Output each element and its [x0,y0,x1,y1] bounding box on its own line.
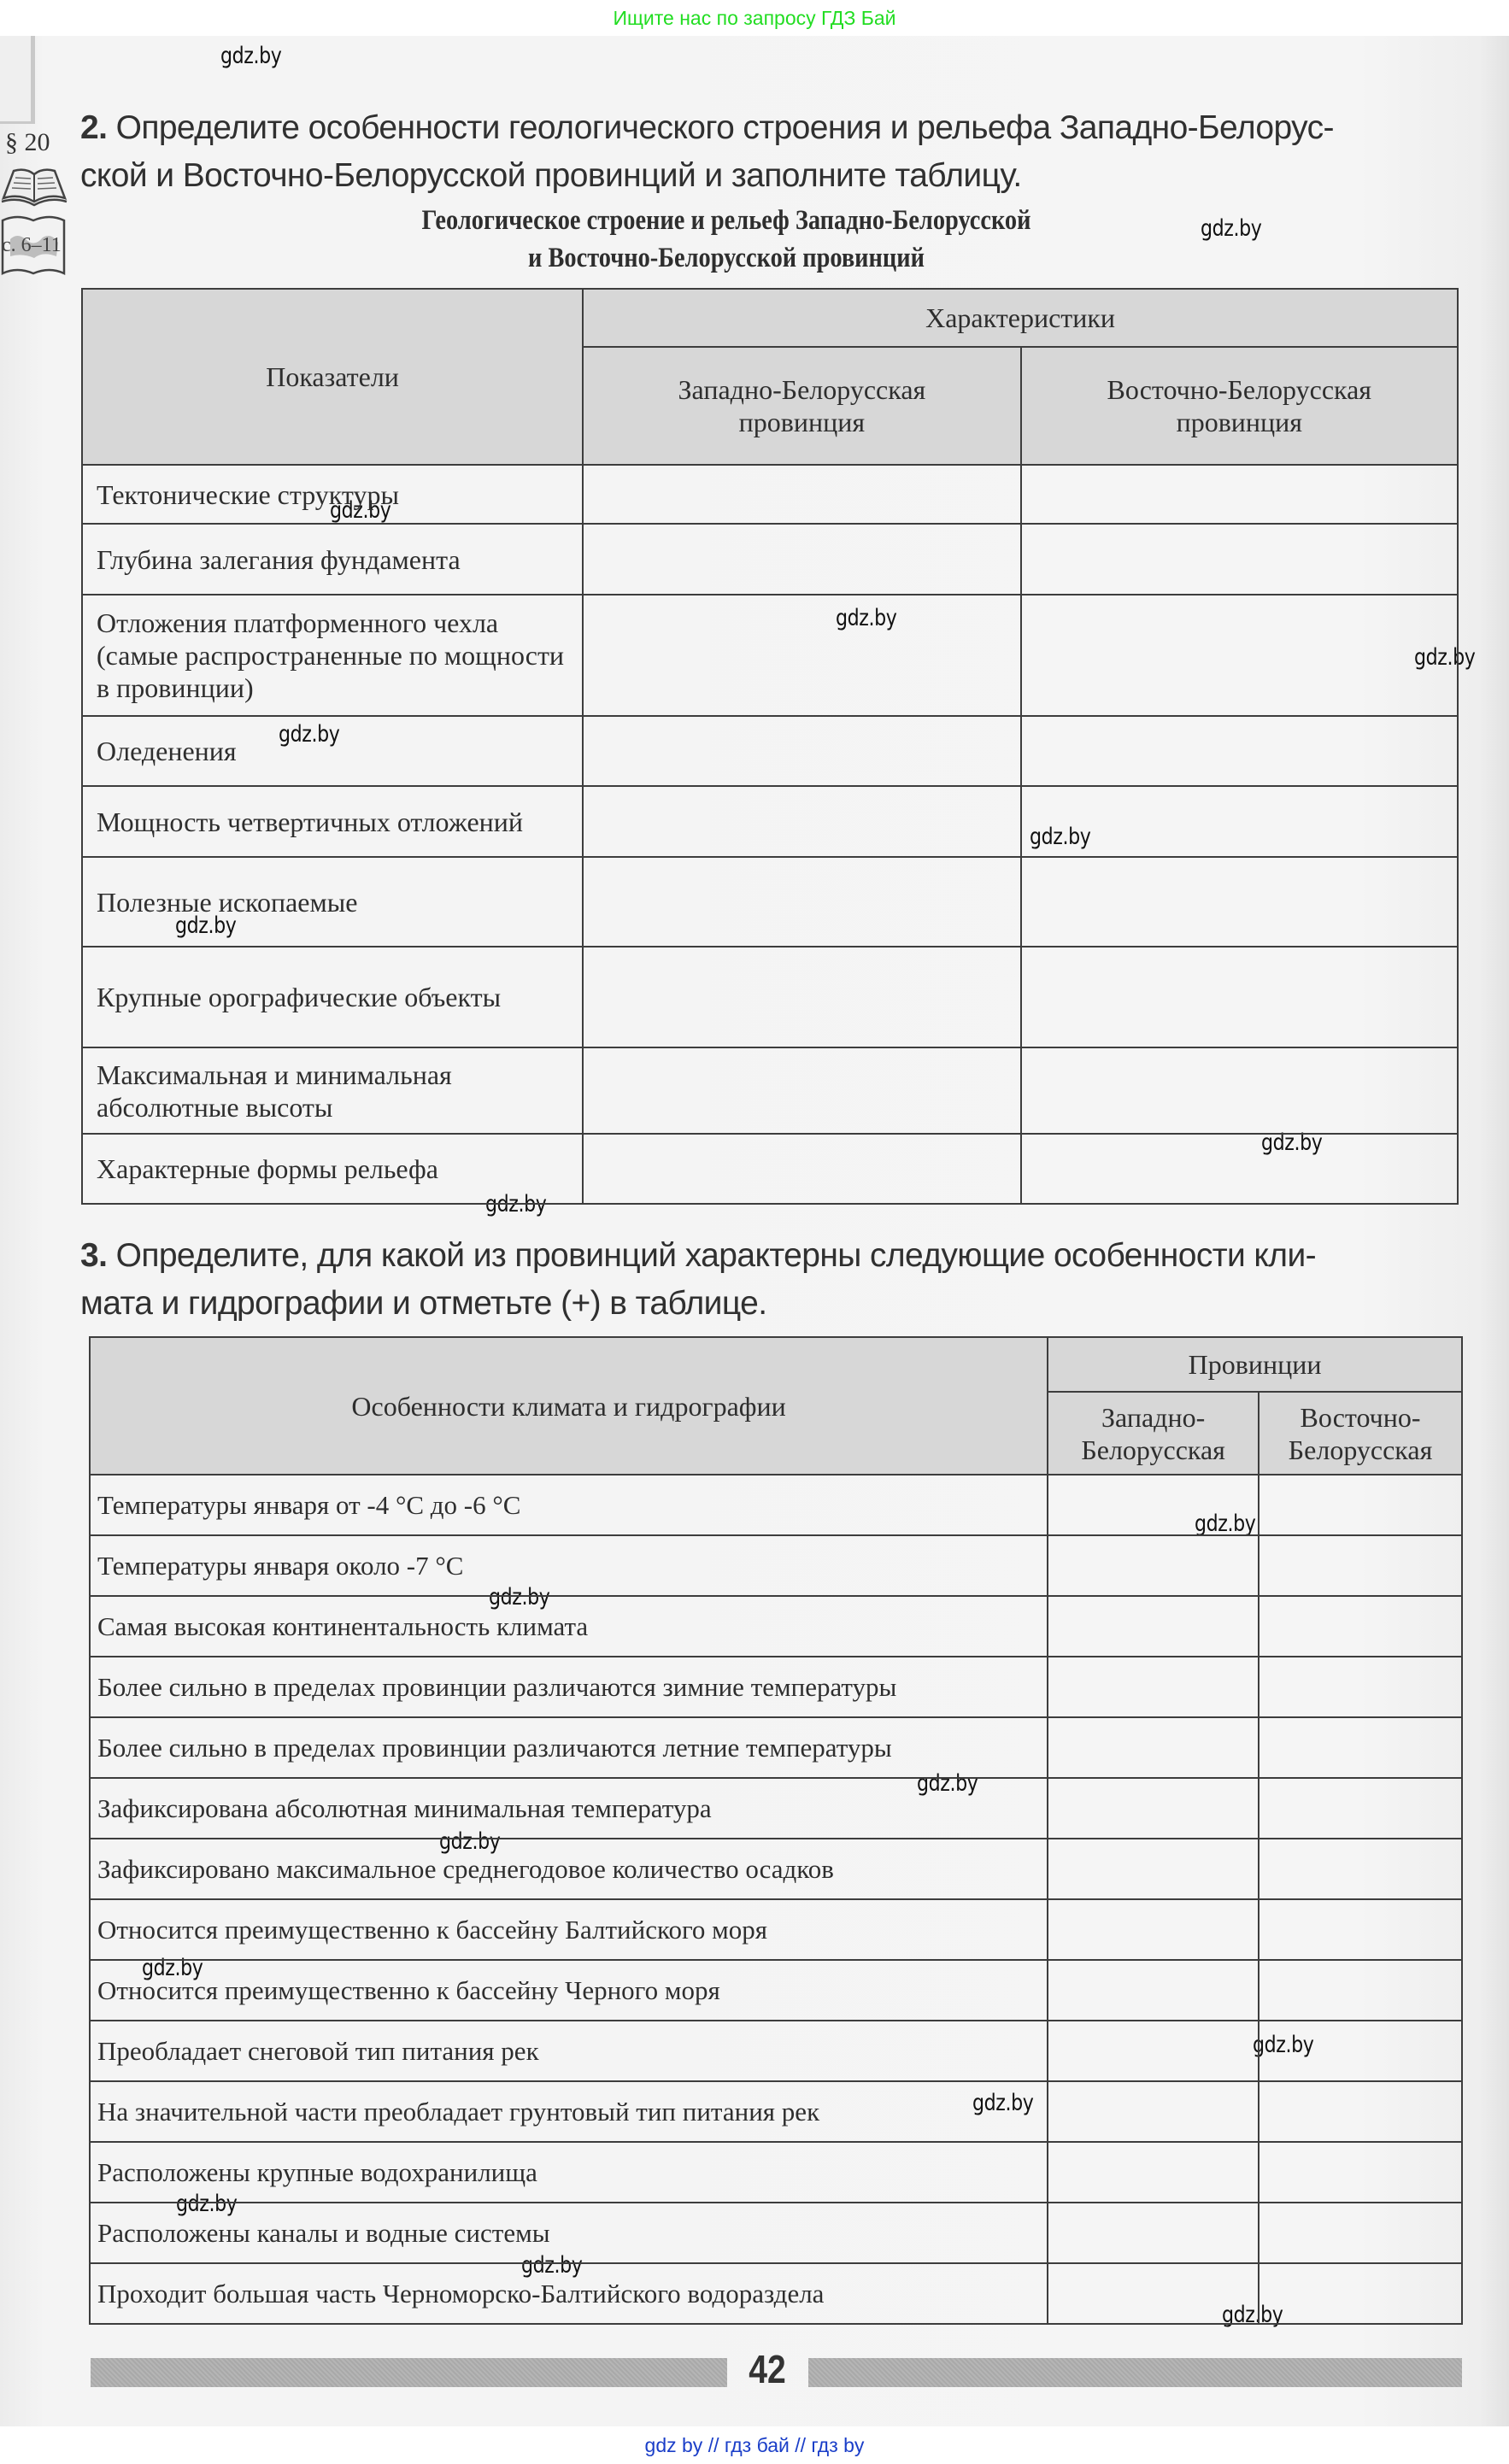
east-answer-cell[interactable] [1021,857,1458,947]
east-mark-cell[interactable] [1259,2021,1462,2081]
geology-relief-table: Показатели Характеристики Западно-Белору… [81,288,1459,1205]
workbook-page: § 20 с. 6–11 gdz.by gdz.by gdz.by gdz.by… [0,36,1509,2426]
east-mark-cell[interactable] [1259,2081,1462,2142]
east-mark-cell[interactable] [1259,1535,1462,1596]
west-answer-cell[interactable] [583,1047,1020,1134]
header-east-province: Восточно-Белорусская провинция [1021,347,1458,465]
row-feature: Температуры января около -7 °С [90,1535,1048,1596]
table-title-line1: Геологическое строение и рельеф Западно-… [422,205,1031,236]
table-row: Тектонические структуры [82,465,1458,524]
row-indicator: Тектонические структуры [82,465,583,524]
table-row: Характерные формы рельефа [82,1134,1458,1204]
row-indicator: Крупные орографические объекты [82,947,583,1047]
east-answer-cell[interactable] [1021,716,1458,786]
east-mark-cell[interactable] [1259,1596,1462,1657]
margin-tab [0,36,35,124]
row-feature: Относится преимущественно к бассейну Бал… [90,1899,1048,1960]
row-feature: Более сильно в пределах провинции различ… [90,1717,1048,1778]
section-reference: § 20 [5,128,50,157]
table-row: Зафиксирована абсолютная минимальная тем… [90,1778,1462,1839]
row-feature: Зафиксирована абсолютная минимальная тем… [90,1778,1048,1839]
header-west-province: Западно-Белорусская провинция [583,347,1020,465]
west-mark-cell[interactable] [1048,1475,1259,1535]
row-feature: На значительной части преобладает грунто… [90,2081,1048,2142]
search-banner: Ищите нас по запросу ГДЗ Бай [0,0,1509,36]
table-row: Мощность четвертичных отложений [82,786,1458,857]
west-mark-cell[interactable] [1048,1839,1259,1899]
row-feature: Самая высокая континентальность климата [90,1596,1048,1657]
watermark: gdz.by [220,43,281,69]
table-row: Более сильно в пределах провинции различ… [90,1717,1462,1778]
east-answer-cell[interactable] [1021,786,1458,857]
header-indicators: Показатели [82,289,583,465]
west-answer-cell[interactable] [583,716,1020,786]
east-mark-cell[interactable] [1259,1960,1462,2021]
header-features: Особенности климата и гидрографии [90,1337,1048,1475]
row-feature: Расположены каналы и водные системы [90,2203,1048,2263]
west-mark-cell[interactable] [1048,1657,1259,1717]
west-mark-cell[interactable] [1048,2203,1259,2263]
task-number: 3. [80,1237,107,1274]
task-number: 2. [80,109,107,146]
east-mark-cell[interactable] [1259,1899,1462,1960]
table-title-line2: и Восточно-Белорусской провинций [528,243,925,273]
east-mark-cell[interactable] [1259,2263,1462,2324]
table-row: Более сильно в пределах провинции различ… [90,1657,1462,1717]
west-mark-cell[interactable] [1048,1899,1259,1960]
east-answer-cell[interactable] [1021,595,1458,716]
task-3-instruction: 3. Определите, для какой из провинций ха… [80,1232,1316,1328]
table-row: Самая высокая континентальность климата [90,1596,1462,1657]
west-answer-cell[interactable] [583,595,1020,716]
task-2-instruction: 2. Определите особенности геологического… [80,104,1334,200]
table-row: Преобладает снеговой тип питания рек [90,2021,1462,2081]
row-feature: Расположены крупные водохранилища [90,2142,1048,2203]
east-mark-cell[interactable] [1259,1839,1462,1899]
textbook-icon [0,164,68,207]
west-answer-cell[interactable] [583,465,1020,524]
east-mark-cell[interactable] [1259,1657,1462,1717]
table-row: Максимальная и минимальная абсолютные вы… [82,1047,1458,1134]
table-row: Температуры января от -4 °С до -6 °С [90,1475,1462,1535]
task-text-line2: ской и Восточно-Белорусской провинций и … [80,157,1022,194]
row-feature: Преобладает снеговой тип питания рек [90,2021,1048,2081]
east-mark-cell[interactable] [1259,1778,1462,1839]
east-answer-cell[interactable] [1021,947,1458,1047]
header-west: Западно-Белорусская [1048,1392,1259,1475]
table-row: Глубина залегания фундамента [82,524,1458,595]
footer-links: gdz by // гдз бай // гдз by [0,2426,1509,2464]
header-provinces: Провинции [1048,1337,1462,1392]
east-answer-cell[interactable] [1021,1134,1458,1204]
row-feature: Относится преимущественно к бассейну Чер… [90,1960,1048,2021]
west-answer-cell[interactable] [583,947,1020,1047]
table-row: На значительной части преобладает грунто… [90,2081,1462,2142]
row-indicator: Максимальная и минимальная абсолютные вы… [82,1047,583,1134]
west-mark-cell[interactable] [1048,2142,1259,2203]
task-text-line2: мата и гидрографии и отметьте (+) в табл… [80,1285,766,1322]
east-answer-cell[interactable] [1021,1047,1458,1134]
table-row: Проходит большая часть Черноморско-Балти… [90,2263,1462,2324]
table-row: Полезные ископаемые [82,857,1458,947]
west-mark-cell[interactable] [1048,2263,1259,2324]
page-bar-right [808,2358,1462,2387]
table-row: Оледенения [82,716,1458,786]
watermark: gdz.by [1201,215,1261,242]
west-answer-cell[interactable] [583,786,1020,857]
page-number: 42 [738,2346,796,2392]
west-mark-cell[interactable] [1048,1960,1259,2021]
west-mark-cell[interactable] [1048,2021,1259,2081]
row-feature: Проходит большая часть Черноморско-Балти… [90,2263,1048,2324]
west-mark-cell[interactable] [1048,1535,1259,1596]
table-row: Относится преимущественно к бассейну Чер… [90,1960,1462,2021]
table-row: Температуры января около -7 °С [90,1535,1462,1596]
row-feature: Зафиксировано максимальное среднегодовое… [90,1839,1048,1899]
east-mark-cell[interactable] [1259,1475,1462,1535]
task-text-line1: Определите, для какой из провинций харак… [116,1237,1316,1274]
west-answer-cell[interactable] [583,857,1020,947]
east-mark-cell[interactable] [1259,2203,1462,2263]
page-bar-left [91,2358,727,2387]
row-indicator: Мощность четвертичных отложений [82,786,583,857]
east-answer-cell[interactable] [1021,465,1458,524]
table-row: Относится преимущественно к бассейну Бал… [90,1899,1462,1960]
table-row: Зафиксировано максимальное среднегодовое… [90,1839,1462,1899]
west-mark-cell[interactable] [1048,1596,1259,1657]
climate-hydrography-table: Особенности климата и гидрографии Провин… [89,1336,1463,2325]
east-answer-cell[interactable] [1021,524,1458,595]
east-mark-cell[interactable] [1259,1717,1462,1778]
row-indicator: Глубина залегания фундамента [82,524,583,595]
west-mark-cell[interactable] [1048,2081,1259,2142]
atlas-pages: с. 6–11 [2,234,62,257]
table-title: Геологическое строение и рельеф Западно-… [285,202,1167,277]
table-row: Отложения платформенного чехла (самые ра… [82,595,1458,716]
table-row: Расположены каналы и водные системы [90,2203,1462,2263]
table-row: Расположены крупные водохранилища [90,2142,1462,2203]
row-indicator: Характерные формы рельефа [82,1134,583,1204]
west-answer-cell[interactable] [583,524,1020,595]
row-feature: Температуры января от -4 °С до -6 °С [90,1475,1048,1535]
row-feature: Более сильно в пределах провинции различ… [90,1657,1048,1717]
east-mark-cell[interactable] [1259,2142,1462,2203]
header-east: Восточно-Белорусская [1259,1392,1462,1475]
table-row: Крупные орографические объекты [82,947,1458,1047]
west-answer-cell[interactable] [583,1134,1020,1204]
row-indicator: Оледенения [82,716,583,786]
west-mark-cell[interactable] [1048,1778,1259,1839]
row-indicator: Полезные ископаемые [82,857,583,947]
task-text-line1: Определите особенности геологического ст… [116,109,1334,146]
header-characteristics: Характеристики [583,289,1458,347]
west-mark-cell[interactable] [1048,1717,1259,1778]
row-indicator: Отложения платформенного чехла (самые ра… [82,595,583,716]
